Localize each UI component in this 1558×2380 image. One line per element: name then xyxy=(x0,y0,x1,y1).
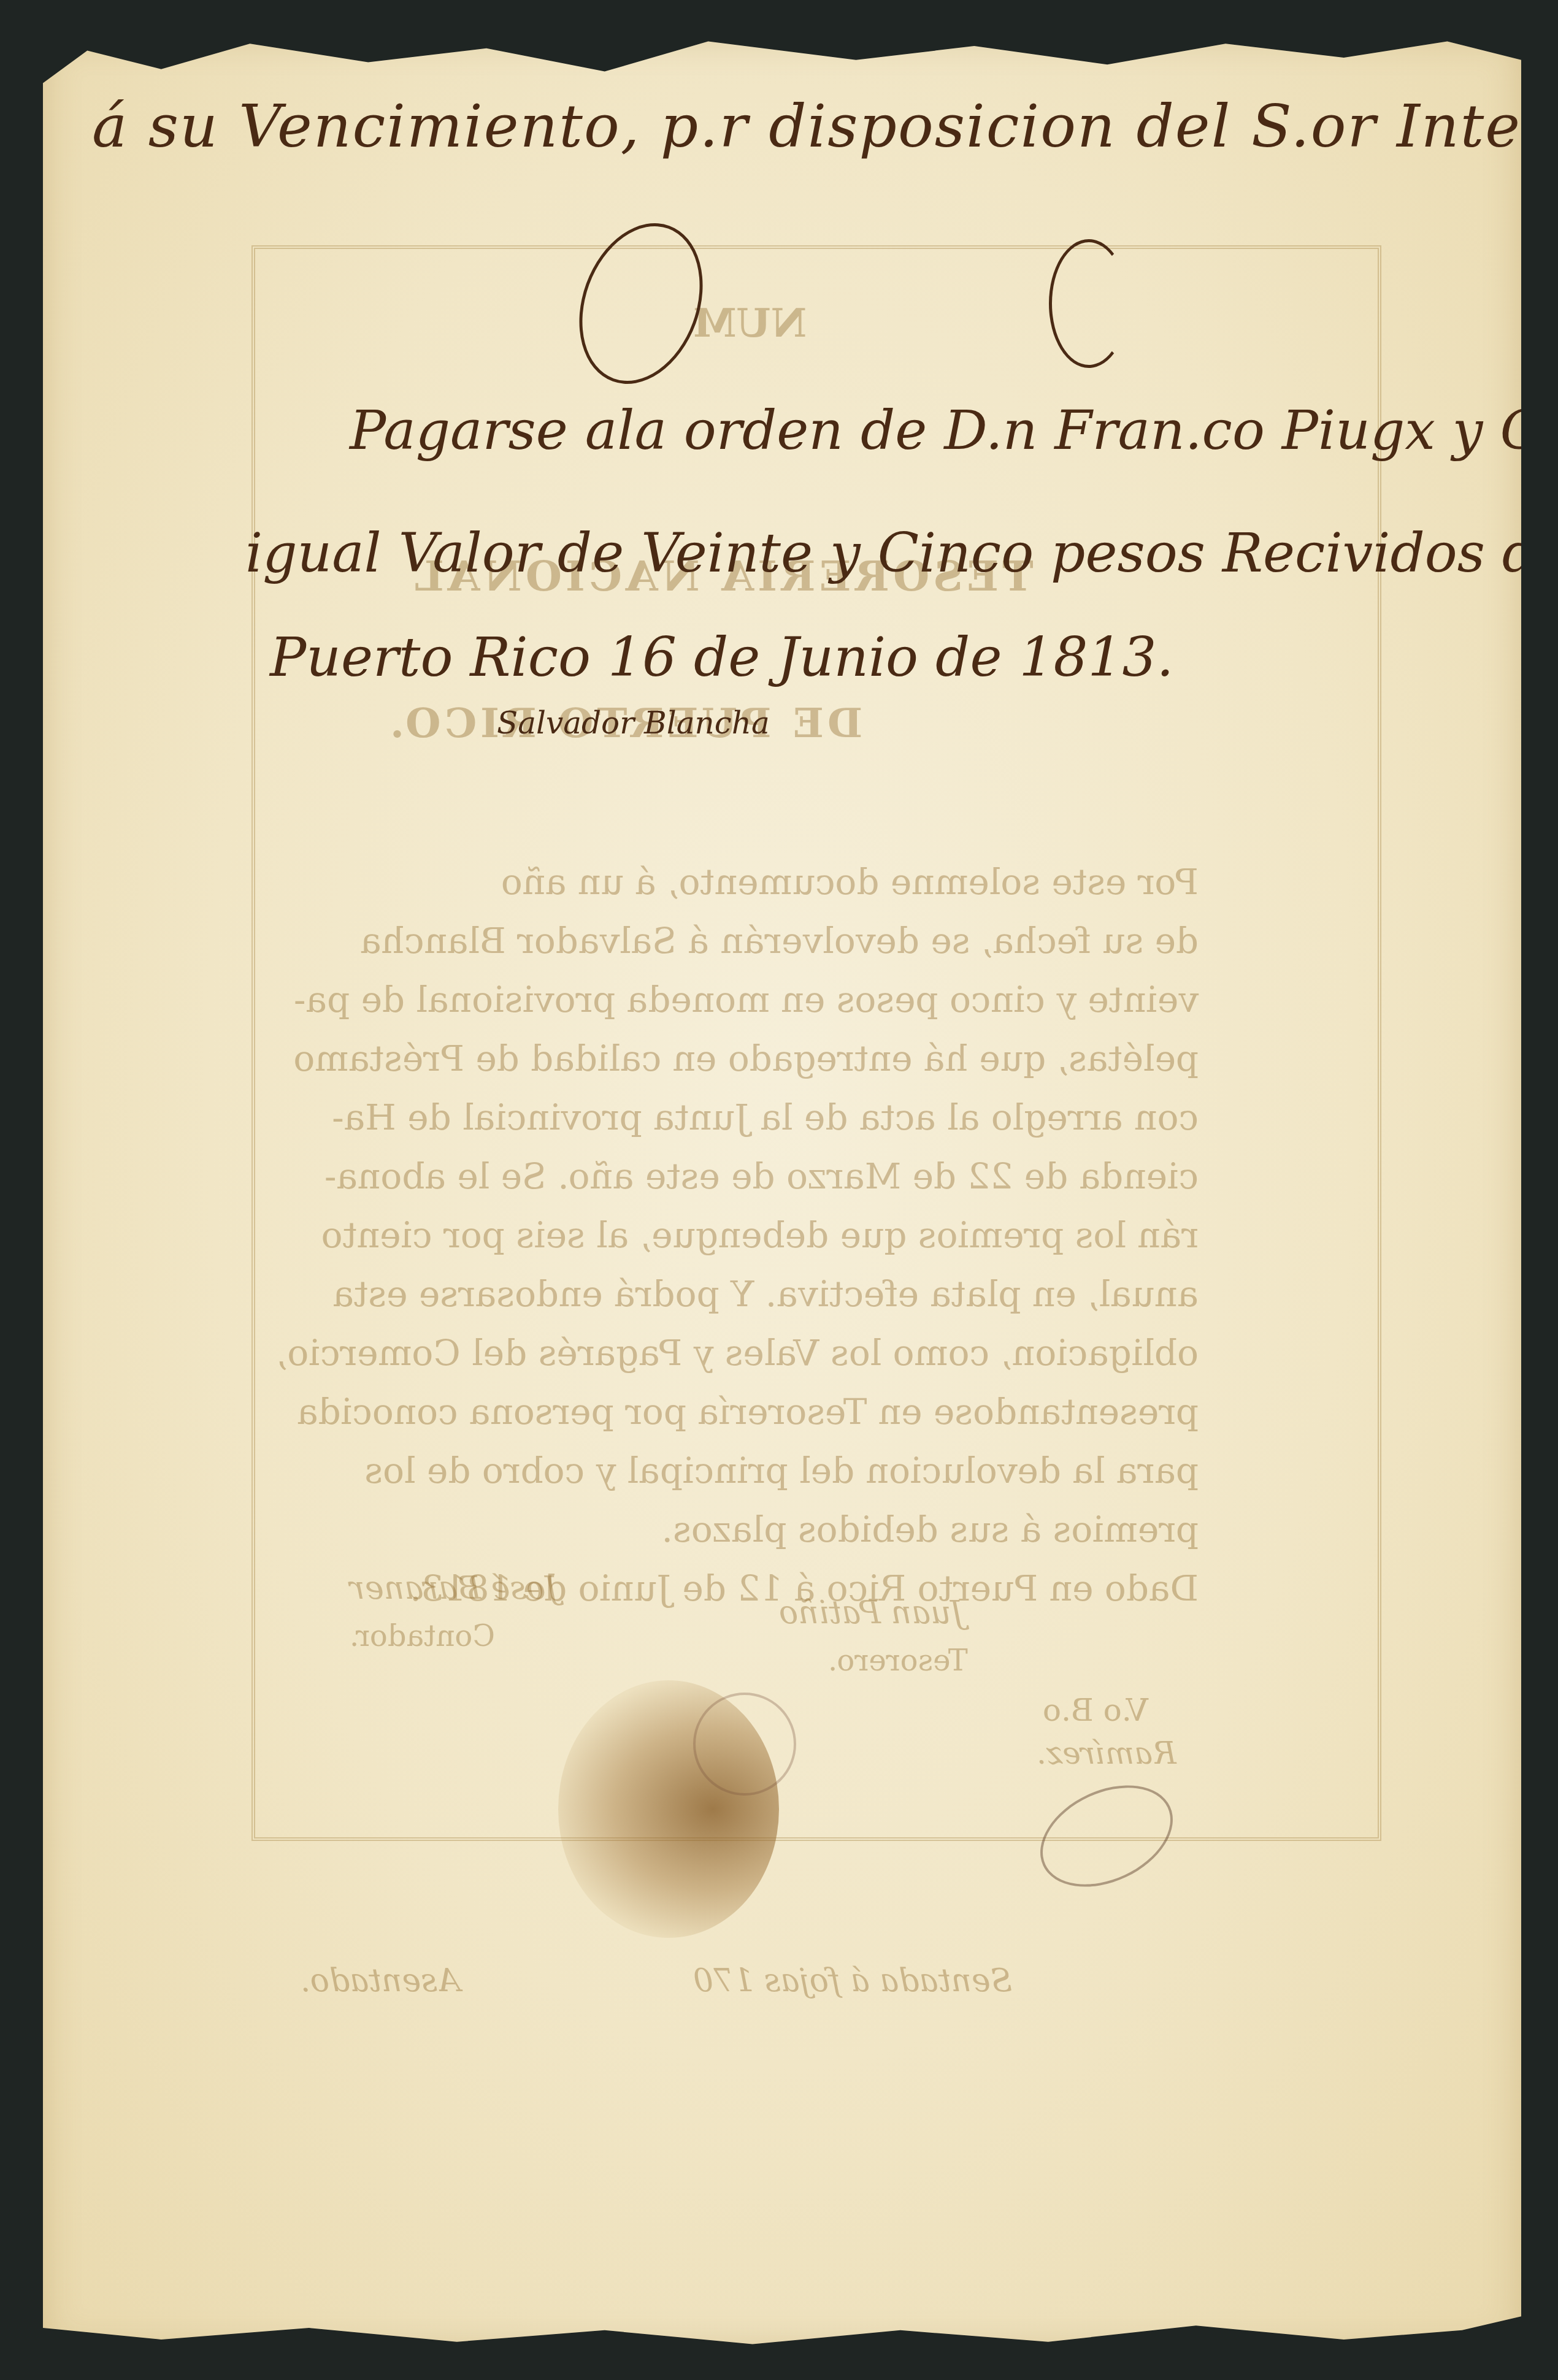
rubric-flourish-icon xyxy=(1049,239,1129,368)
bleed-line: Por este solemne documento, á un año xyxy=(276,852,1199,911)
bleed-line: premios á sus debidos plazos. xyxy=(276,1500,1199,1559)
bleed-body: Por este solemne documento, á un año de … xyxy=(276,852,1199,1618)
bleed-line: cienda de 22 de Marzo de este año. Se le… xyxy=(276,1147,1199,1206)
bleed-line: con arreglo al acta de la Junta provinci… xyxy=(276,1088,1199,1147)
bleed-signatory-treasurer: Juan Patiño xyxy=(779,1594,964,1631)
bleed-line: anual, en plata efectiva. Y podrá endosa… xyxy=(276,1265,1199,1323)
bleed-signatory-accountant: José Baraner xyxy=(350,1570,558,1607)
bleed-line: para la devolucion del principal y cobro… xyxy=(276,1441,1199,1500)
endorsement-line-1: Pagarse ala orden de D.n Fran.co Piugx y… xyxy=(350,399,1558,462)
bleed-line: de su fecha, se devolverán á Salvador Bl… xyxy=(276,911,1199,970)
bleed-line: rán los premios que debengue, al seis po… xyxy=(276,1206,1199,1265)
bleed-num-label: NUM xyxy=(693,300,807,346)
bleed-line: veinte y cinco pesos en moneda provision… xyxy=(276,970,1199,1029)
bleed-title-treasurer: Tesorero. xyxy=(828,1643,968,1678)
handwritten-top-line: á su Vencimiento, p.r disposicion del S.… xyxy=(92,92,1558,161)
bleed-footer-left: Asentado. xyxy=(301,1962,461,1999)
endorsement-line-2: igual Valor de Veinte y Cinco pesos Reci… xyxy=(245,521,1558,584)
document-page: NUM TESORERIA NACIONAL DE PUERTO RICO. P… xyxy=(43,37,1521,2349)
signature-flourish-icon xyxy=(693,1693,796,1796)
place-date-line: Puerto Rico 16 de Junio de 1813. xyxy=(270,626,1173,689)
bleed-approval: V.o B.o xyxy=(1043,1693,1148,1728)
bleed-line: pelétas, que há entregado en calidad de … xyxy=(276,1029,1199,1088)
bleed-title-accountant: Contador. xyxy=(350,1619,495,1653)
bleed-line: obligacion, como los Vales y Pagarés del… xyxy=(276,1323,1199,1382)
bleed-line: presentandose en Tesorería por persona c… xyxy=(276,1382,1199,1441)
endorser-signature: Salvador Blancha xyxy=(497,705,770,741)
bleed-approver: Ramírez. xyxy=(1037,1735,1176,1771)
bleed-footer-right: Sentada á fojas 170 xyxy=(693,1962,1012,1999)
